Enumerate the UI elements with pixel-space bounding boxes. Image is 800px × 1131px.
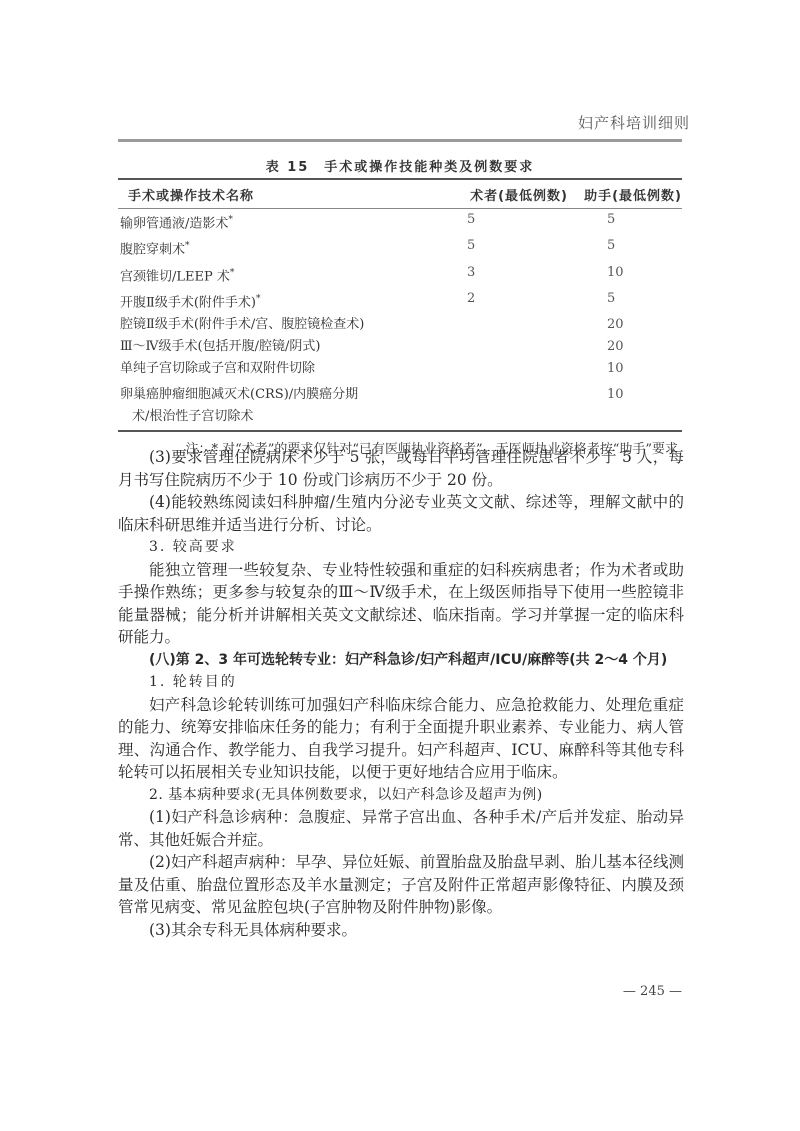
table-row: 卵巢癌肿瘤细胞减灭术(CRS)/内膜癌分期术/根治性子宫切除术 10 [118, 380, 682, 428]
table-caption: 表 15 手术或操作技能种类及例数要求 [0, 156, 800, 175]
assistant-count: 5 [568, 211, 682, 233]
procedure-name: 单纯子宫切除或子宫和双附件切除 [120, 361, 315, 376]
operator-count [448, 386, 568, 426]
operator-count: 5 [448, 237, 568, 259]
procedure-name: 腔镜Ⅱ级手术(附件手术/宫、腹腔镜检查术) [120, 317, 364, 332]
table-bottom-rule [118, 430, 682, 432]
paragraph: (3)其余专科无具体病种要求。 [118, 919, 684, 942]
table-header-row: 手术或操作技术名称 术者(最低例数) 助手(最低例数) [118, 180, 682, 208]
table-row: 腔镜Ⅱ级手术(附件手术/宫、腹腔镜检查术) 20 [118, 314, 682, 336]
procedure-name-continued: 术/根治性子宫切除术 [120, 408, 448, 426]
asterisk-mark: * [256, 294, 261, 304]
operator-count [448, 360, 568, 378]
operator-count: 5 [448, 211, 568, 233]
paragraph: 妇产科急诊轮转训练可加强妇产科临床综合能力、应急抢救能力、处理危重症的能力、统筹… [118, 694, 684, 784]
asterisk-mark: * [185, 241, 190, 251]
paragraph: (3)要求管理住院病床不少于 5 张，或每日平均管理住院患者不少于 5 人，每月… [118, 446, 684, 491]
assistant-count: 10 [568, 360, 682, 378]
procedure-name: 卵巢癌肿瘤细胞减灭术(CRS)/内膜癌分期 [120, 387, 358, 402]
procedure-name: 输卵管通液/造影术 [120, 216, 228, 231]
subheading: 3. 较高要求 [118, 536, 684, 559]
subheading: 1. 轮转目的 [118, 671, 684, 694]
table-row: 开腹Ⅱ级手术(附件手术)* 2 5 [118, 288, 682, 314]
section-heading: (八)第 2、3 年可选轮转专业：妇产科急诊/妇产科超声/ICU/麻醉等(共 2… [118, 649, 684, 672]
column-header-name: 手术或操作技术名称 [118, 185, 448, 204]
table-row: 单纯子宫切除或子宫和双附件切除 10 [118, 358, 682, 380]
paragraph: (4)能较熟练阅读妇科肿瘤/生殖内分泌专业英文文献、综述等，理解文献中的临床科研… [118, 491, 684, 536]
body-text: (3)要求管理住院病床不少于 5 张，或每日平均管理住院患者不少于 5 人，每月… [118, 446, 684, 941]
table-row: Ⅲ～Ⅳ级手术(包括开腹/腔镜/阴式) 20 [118, 336, 682, 358]
assistant-count: 20 [568, 338, 682, 356]
running-header: 妇产科培训细则 [578, 112, 690, 133]
operator-count [448, 316, 568, 334]
operator-count [448, 338, 568, 356]
table-row: 腹腔穿刺术* 5 5 [118, 235, 682, 261]
assistant-count: 10 [568, 386, 682, 426]
assistant-count: 5 [568, 290, 682, 312]
table-row: 宫颈锥切/LEEP 术* 3 10 [118, 262, 682, 288]
paragraph: (1)妇产科急诊病种：急腹症、异常子宫出血、各种手术/产后并发症、胎动异常、其他… [118, 806, 684, 851]
procedure-name: 腹腔穿刺术 [120, 243, 185, 258]
procedure-name: Ⅲ～Ⅳ级手术(包括开腹/腔镜/阴式) [120, 339, 320, 354]
paragraph: 能独立管理一些较复杂、专业特性较强和重症的妇科疾病患者；作为术者或助手操作熟练；… [118, 559, 684, 649]
asterisk-mark: * [230, 268, 235, 278]
assistant-count: 10 [568, 264, 682, 286]
assistant-count: 20 [568, 316, 682, 334]
procedure-name: 宫颈锥切/LEEP 术 [120, 269, 230, 284]
procedure-name: 开腹Ⅱ级手术(附件手术) [120, 295, 256, 310]
requirements-table: 手术或操作技术名称 术者(最低例数) 助手(最低例数) 输卵管通液/造影术* 5… [118, 178, 682, 457]
operator-count: 3 [448, 264, 568, 286]
assistant-count: 5 [568, 237, 682, 259]
column-header-operator: 术者(最低例数) [448, 185, 568, 204]
subheading: 2. 基本病种要求(无具体例数要求，以妇产科急诊及超声为例) [118, 784, 684, 807]
paragraph: (2)妇产科超声病种：早孕、异位妊娠、前置胎盘及胎盘早剥、胎儿基本径线测量及估重… [118, 851, 684, 919]
asterisk-mark: * [228, 215, 233, 225]
table-row: 输卵管通液/造影术* 5 5 [118, 209, 682, 235]
column-header-assistant: 助手(最低例数) [568, 185, 682, 204]
operator-count: 2 [448, 290, 568, 312]
page-number: — 245 — [623, 984, 682, 999]
header-rule [118, 139, 682, 142]
